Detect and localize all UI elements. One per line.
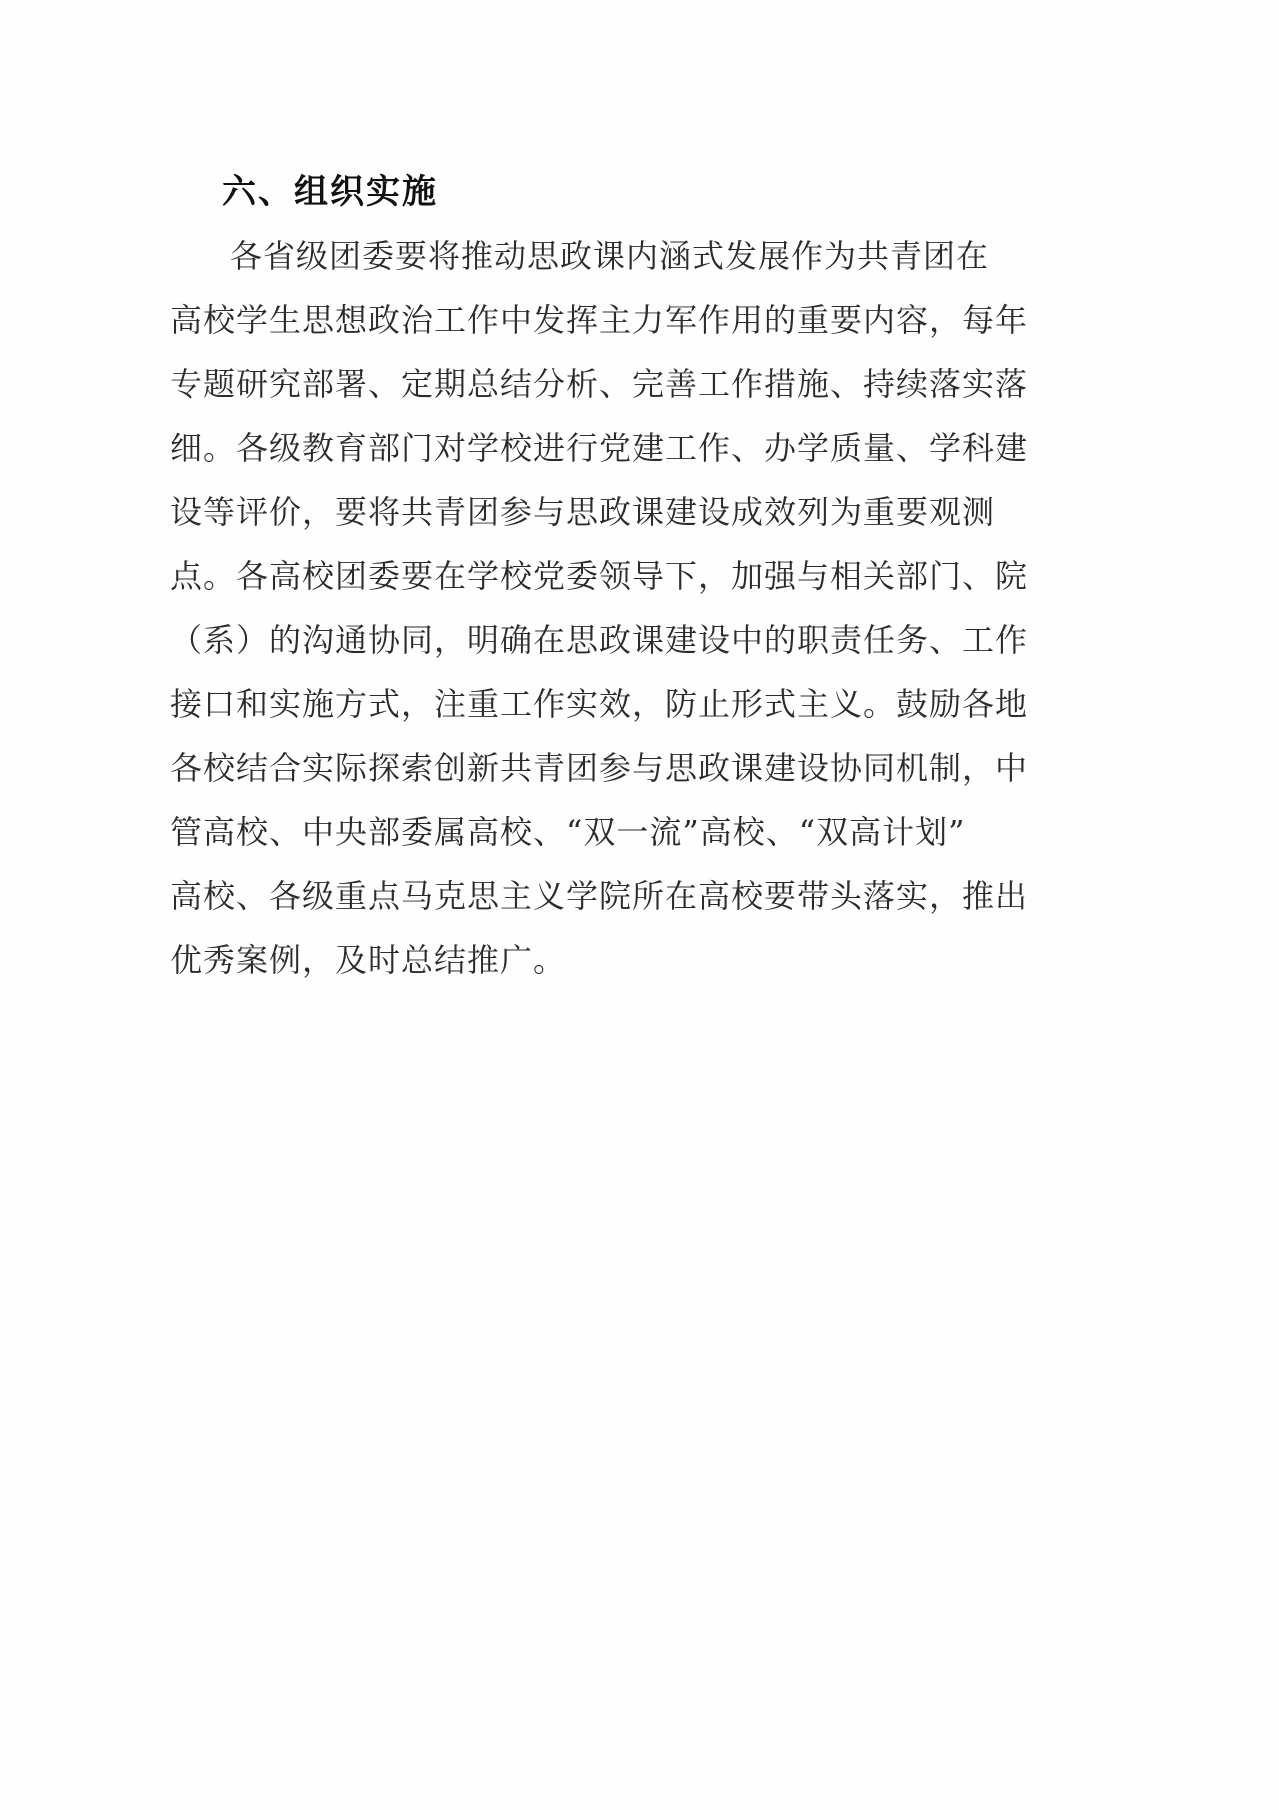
paragraph-line: 点。各高校团委要在学校党委领导下，加强与相关部门、院: [170, 544, 936, 608]
paragraph-line: 细。各级教育部门对学校进行党建工作、办学质量、学科建: [170, 416, 936, 480]
document-page: 六、组织实施 各省级团委要将推动思政课内涵式发展作为共青团在 高校学生思想政治工…: [0, 0, 1279, 1810]
paragraph-line: 高校学生思想政治工作中发挥主力军作用的重要内容，每年: [170, 288, 936, 352]
paragraph-line: 各校结合实际探索创新共青团参与思政课建设协同机制，中: [170, 736, 936, 800]
section-paragraph: 各省级团委要将推动思政课内涵式发展作为共青团在 高校学生思想政治工作中发挥主力军…: [170, 224, 936, 992]
paragraph-line: 各省级团委要将推动思政课内涵式发展作为共青团在: [170, 224, 936, 288]
paragraph-line: 高校、各级重点马克思主义学院所在高校要带头落实，推出: [170, 864, 936, 928]
paragraph-line: 接口和实施方式，注重工作实效，防止形式主义。鼓励各地: [170, 672, 936, 736]
paragraph-line: （系）的沟通协同，明确在思政课建设中的职责任务、工作: [170, 608, 936, 672]
paragraph-line: 设等评价，要将共青团参与思政课建设成效列为重要观测: [170, 480, 936, 544]
document-content: 六、组织实施 各省级团委要将推动思政课内涵式发展作为共青团在 高校学生思想政治工…: [170, 160, 936, 992]
paragraph-line: 管高校、中央部委属高校、“双一流”高校、“双高计划”: [170, 800, 936, 864]
section-heading: 六、组织实施: [170, 160, 936, 224]
paragraph-line: 专题研究部署、定期总结分析、完善工作措施、持续落实落: [170, 352, 936, 416]
paragraph-line: 优秀案例，及时总结推广。: [170, 928, 936, 992]
